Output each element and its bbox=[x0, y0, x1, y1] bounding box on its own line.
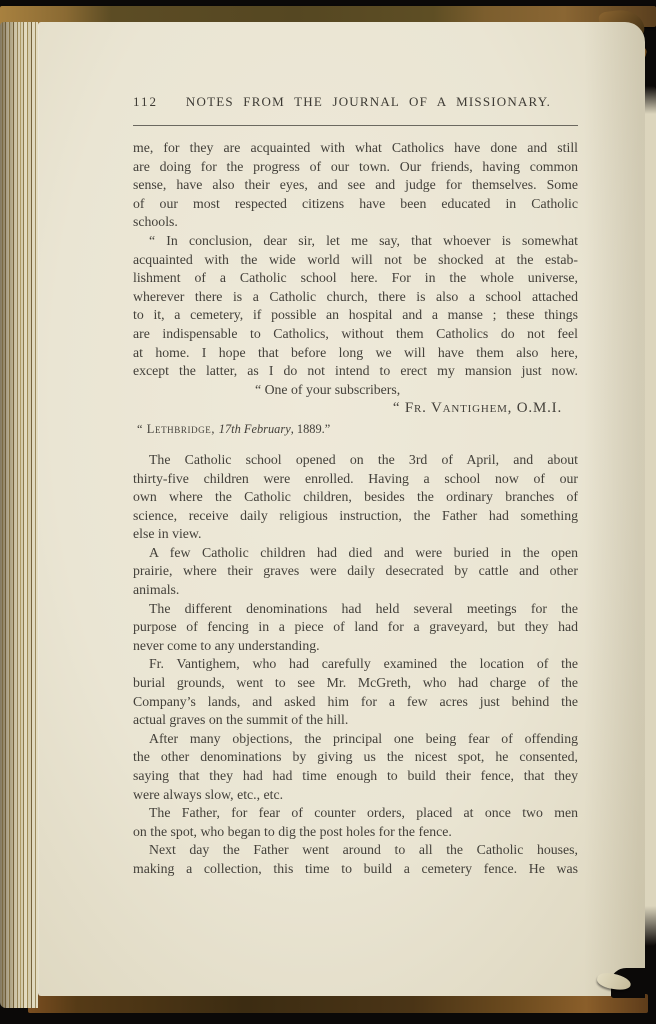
header-rule bbox=[133, 125, 578, 126]
signature-name: “ Fr. Vantighem, O.M.I. bbox=[133, 399, 578, 418]
paragraph: Next day the Father went around to all t… bbox=[133, 841, 578, 878]
text-line: “ In conclusion, dear sir, let me say, t… bbox=[133, 232, 578, 251]
text-line: The Father, for fear of counter orders, … bbox=[133, 804, 578, 823]
text-line: A few Catholic children had died and wer… bbox=[133, 544, 578, 563]
dateline-part: “ Lethbridge, bbox=[137, 422, 219, 436]
text-line: lishment of a Catholic school here. For … bbox=[133, 269, 578, 288]
paragraph: A few Catholic children had died and wer… bbox=[133, 544, 578, 600]
text-line: Fr. Vantighem, who had carefully examine… bbox=[133, 655, 578, 674]
text-line: are doing for the progress of our town. … bbox=[133, 158, 578, 177]
text-line: never come to any understanding. bbox=[133, 637, 578, 656]
text-line: purpose of fencing in a piece of land fo… bbox=[133, 618, 578, 637]
text-line: After many objections, the principal one… bbox=[133, 730, 578, 749]
text-line: The different denominations had held sev… bbox=[133, 600, 578, 619]
page-stack-edge bbox=[0, 22, 38, 1008]
dateline-part: 17th February bbox=[219, 422, 291, 436]
paragraph: The different denominations had held sev… bbox=[133, 600, 578, 656]
dateline: “ Lethbridge, 17th February, 1889.” bbox=[133, 420, 578, 438]
text-line: me, for they are acquainted with what Ca… bbox=[133, 139, 578, 158]
text-line: actual graves on the summit of the hill. bbox=[133, 711, 578, 730]
text-line: wherever there is a Catholic church, the… bbox=[133, 288, 578, 307]
text-line: making a collection, this time to build … bbox=[133, 860, 578, 879]
text-line: burial grounds, went to see Mr. McGreth,… bbox=[133, 674, 578, 693]
text-line: acquainted with the wide world will not … bbox=[133, 251, 578, 270]
paragraph: “ In conclusion, dear sir, let me say, t… bbox=[133, 232, 578, 381]
paragraph: me, for they are acquainted with what Ca… bbox=[133, 139, 578, 232]
paragraph: After many objections, the principal one… bbox=[133, 730, 578, 804]
text-line: the other denominations by giving us the… bbox=[133, 748, 578, 767]
text-line: Company’s lands, and asked him for a few… bbox=[133, 693, 578, 712]
text-line: on the spot, who began to dig the post h… bbox=[133, 823, 578, 842]
adjacent-page-edge bbox=[644, 86, 656, 946]
text-line: at home. I hope that before long we will… bbox=[133, 344, 578, 363]
text-line: thirty-five children were enrolled. Havi… bbox=[133, 470, 578, 489]
text-line: except the latter, as I do not intend to… bbox=[133, 362, 578, 381]
text-line: own where the Catholic children, besides… bbox=[133, 488, 578, 507]
text-line: to it, a cemetery, if possible an hospit… bbox=[133, 306, 578, 325]
book-cover-bottom-edge bbox=[28, 994, 648, 1013]
text-line: sense, have also their eyes, and see and… bbox=[133, 176, 578, 195]
running-title: NOTES FROM THE JOURNAL OF A MISSIONARY. bbox=[133, 94, 578, 110]
text-line: prairie, where their graves were daily d… bbox=[133, 562, 578, 581]
running-head: 112 NOTES FROM THE JOURNAL OF A MISSIONA… bbox=[133, 94, 578, 112]
text-line: The Catholic school opened on the 3rd of… bbox=[133, 451, 578, 470]
dateline-part: , 1889.” bbox=[291, 422, 331, 436]
text-line: were always slow, etc., etc. bbox=[133, 786, 578, 805]
paragraph: Fr. Vantighem, who had carefully examine… bbox=[133, 655, 578, 729]
text-line: of our most respected citizens have been… bbox=[133, 195, 578, 214]
paragraph: The Father, for fear of counter orders, … bbox=[133, 804, 578, 841]
text-line: else in view. bbox=[133, 525, 578, 544]
paragraph: The Catholic school opened on the 3rd of… bbox=[133, 451, 578, 544]
photo-background: { "book": { "page_number": "112", "runni… bbox=[0, 0, 656, 1024]
page-number: 112 bbox=[133, 94, 158, 110]
text-line: science, receive daily religious instruc… bbox=[133, 507, 578, 526]
text-line: schools. bbox=[133, 213, 578, 232]
page-content: 112 NOTES FROM THE JOURNAL OF A MISSIONA… bbox=[133, 94, 578, 879]
text-line: are indispensable to Catholics, without … bbox=[133, 325, 578, 344]
text-line: saying that they had had time enough to … bbox=[133, 767, 578, 786]
text-line: animals. bbox=[133, 581, 578, 600]
text-line: Next day the Father went around to all t… bbox=[133, 841, 578, 860]
page-body: me, for they are acquainted with what Ca… bbox=[133, 139, 578, 879]
book-page: 112 NOTES FROM THE JOURNAL OF A MISSIONA… bbox=[38, 22, 645, 996]
signature-intro: “ One of your subscribers, bbox=[133, 381, 578, 400]
